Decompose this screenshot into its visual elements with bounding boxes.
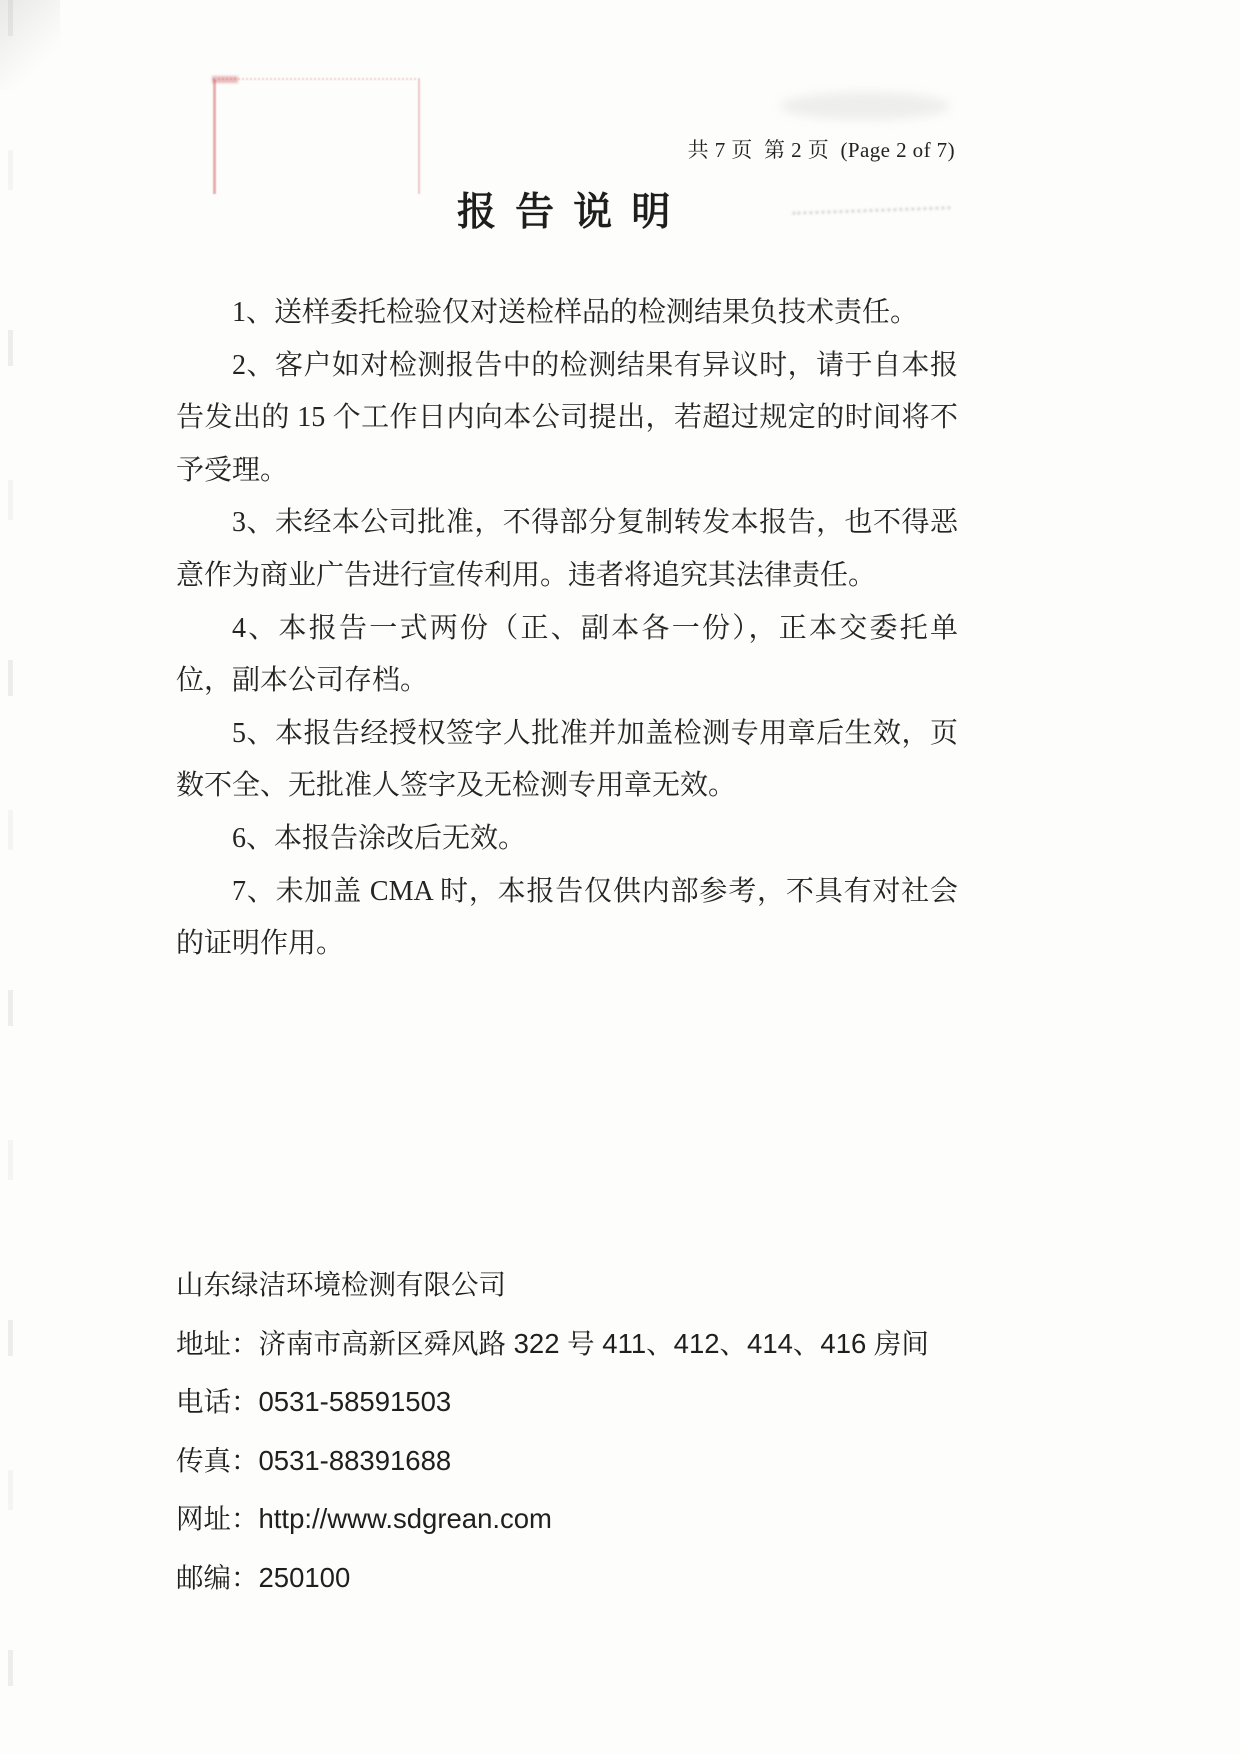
scan-smudge: [780, 92, 950, 120]
note-item-3: 3、未经本公司批准，不得部分复制转发本报告，也不得恶意作为商业广告进行宣传利用。…: [176, 497, 958, 602]
note-item-7: 7、未加盖 CMA 时，本报告仅供内部参考，不具有对社会的证明作用。: [176, 866, 958, 971]
scan-corner-shade: [0, 0, 60, 90]
company-postcode: 邮编：250100: [176, 1549, 976, 1608]
report-page: 共 7 页 第 2 页 (Page 2 of 7) 报 告 说 明 1、送样委托…: [0, 0, 1240, 1754]
note-item-1: 1、送样委托检验仅对送检样品的检测结果负技术责任。: [176, 287, 958, 340]
note-item-5: 5、本报告经授权签字人批准并加盖检测专用章后生效，页数不全、无批准人签字及无检测…: [176, 708, 958, 813]
report-notes: 1、送样委托检验仅对送检样品的检测结果负技术责任。 2、客户如对检测报告中的检测…: [176, 287, 958, 971]
company-address: 地址：济南市高新区舜风路 322 号 411、412、414、416 房间: [176, 1315, 976, 1374]
note-item-2: 2、客户如对检测报告中的检测结果有异议时，请于自本报告发出的 15 个工作日内向…: [176, 340, 958, 498]
page-title: 报 告 说 明: [175, 181, 957, 237]
page-number: 共 7 页 第 2 页 (Page 2 of 7): [175, 134, 955, 164]
note-item-6: 6、本报告涂改后无效。: [176, 813, 958, 866]
company-name: 山东绿洁环境检测有限公司: [176, 1256, 976, 1315]
company-website: 网址：http://www.sdgrean.com: [176, 1490, 976, 1549]
scan-edge-artifact: [8, 0, 13, 1754]
company-phone: 电话：0531-58591503: [176, 1373, 976, 1432]
company-info: 山东绿洁环境检测有限公司 地址：济南市高新区舜风路 322 号 411、412、…: [176, 1256, 976, 1607]
note-item-4: 4、本报告一式两份（正、副本各一份），正本交委托单位，副本公司存档。: [176, 603, 958, 708]
company-fax: 传真：0531-88391688: [176, 1432, 976, 1491]
